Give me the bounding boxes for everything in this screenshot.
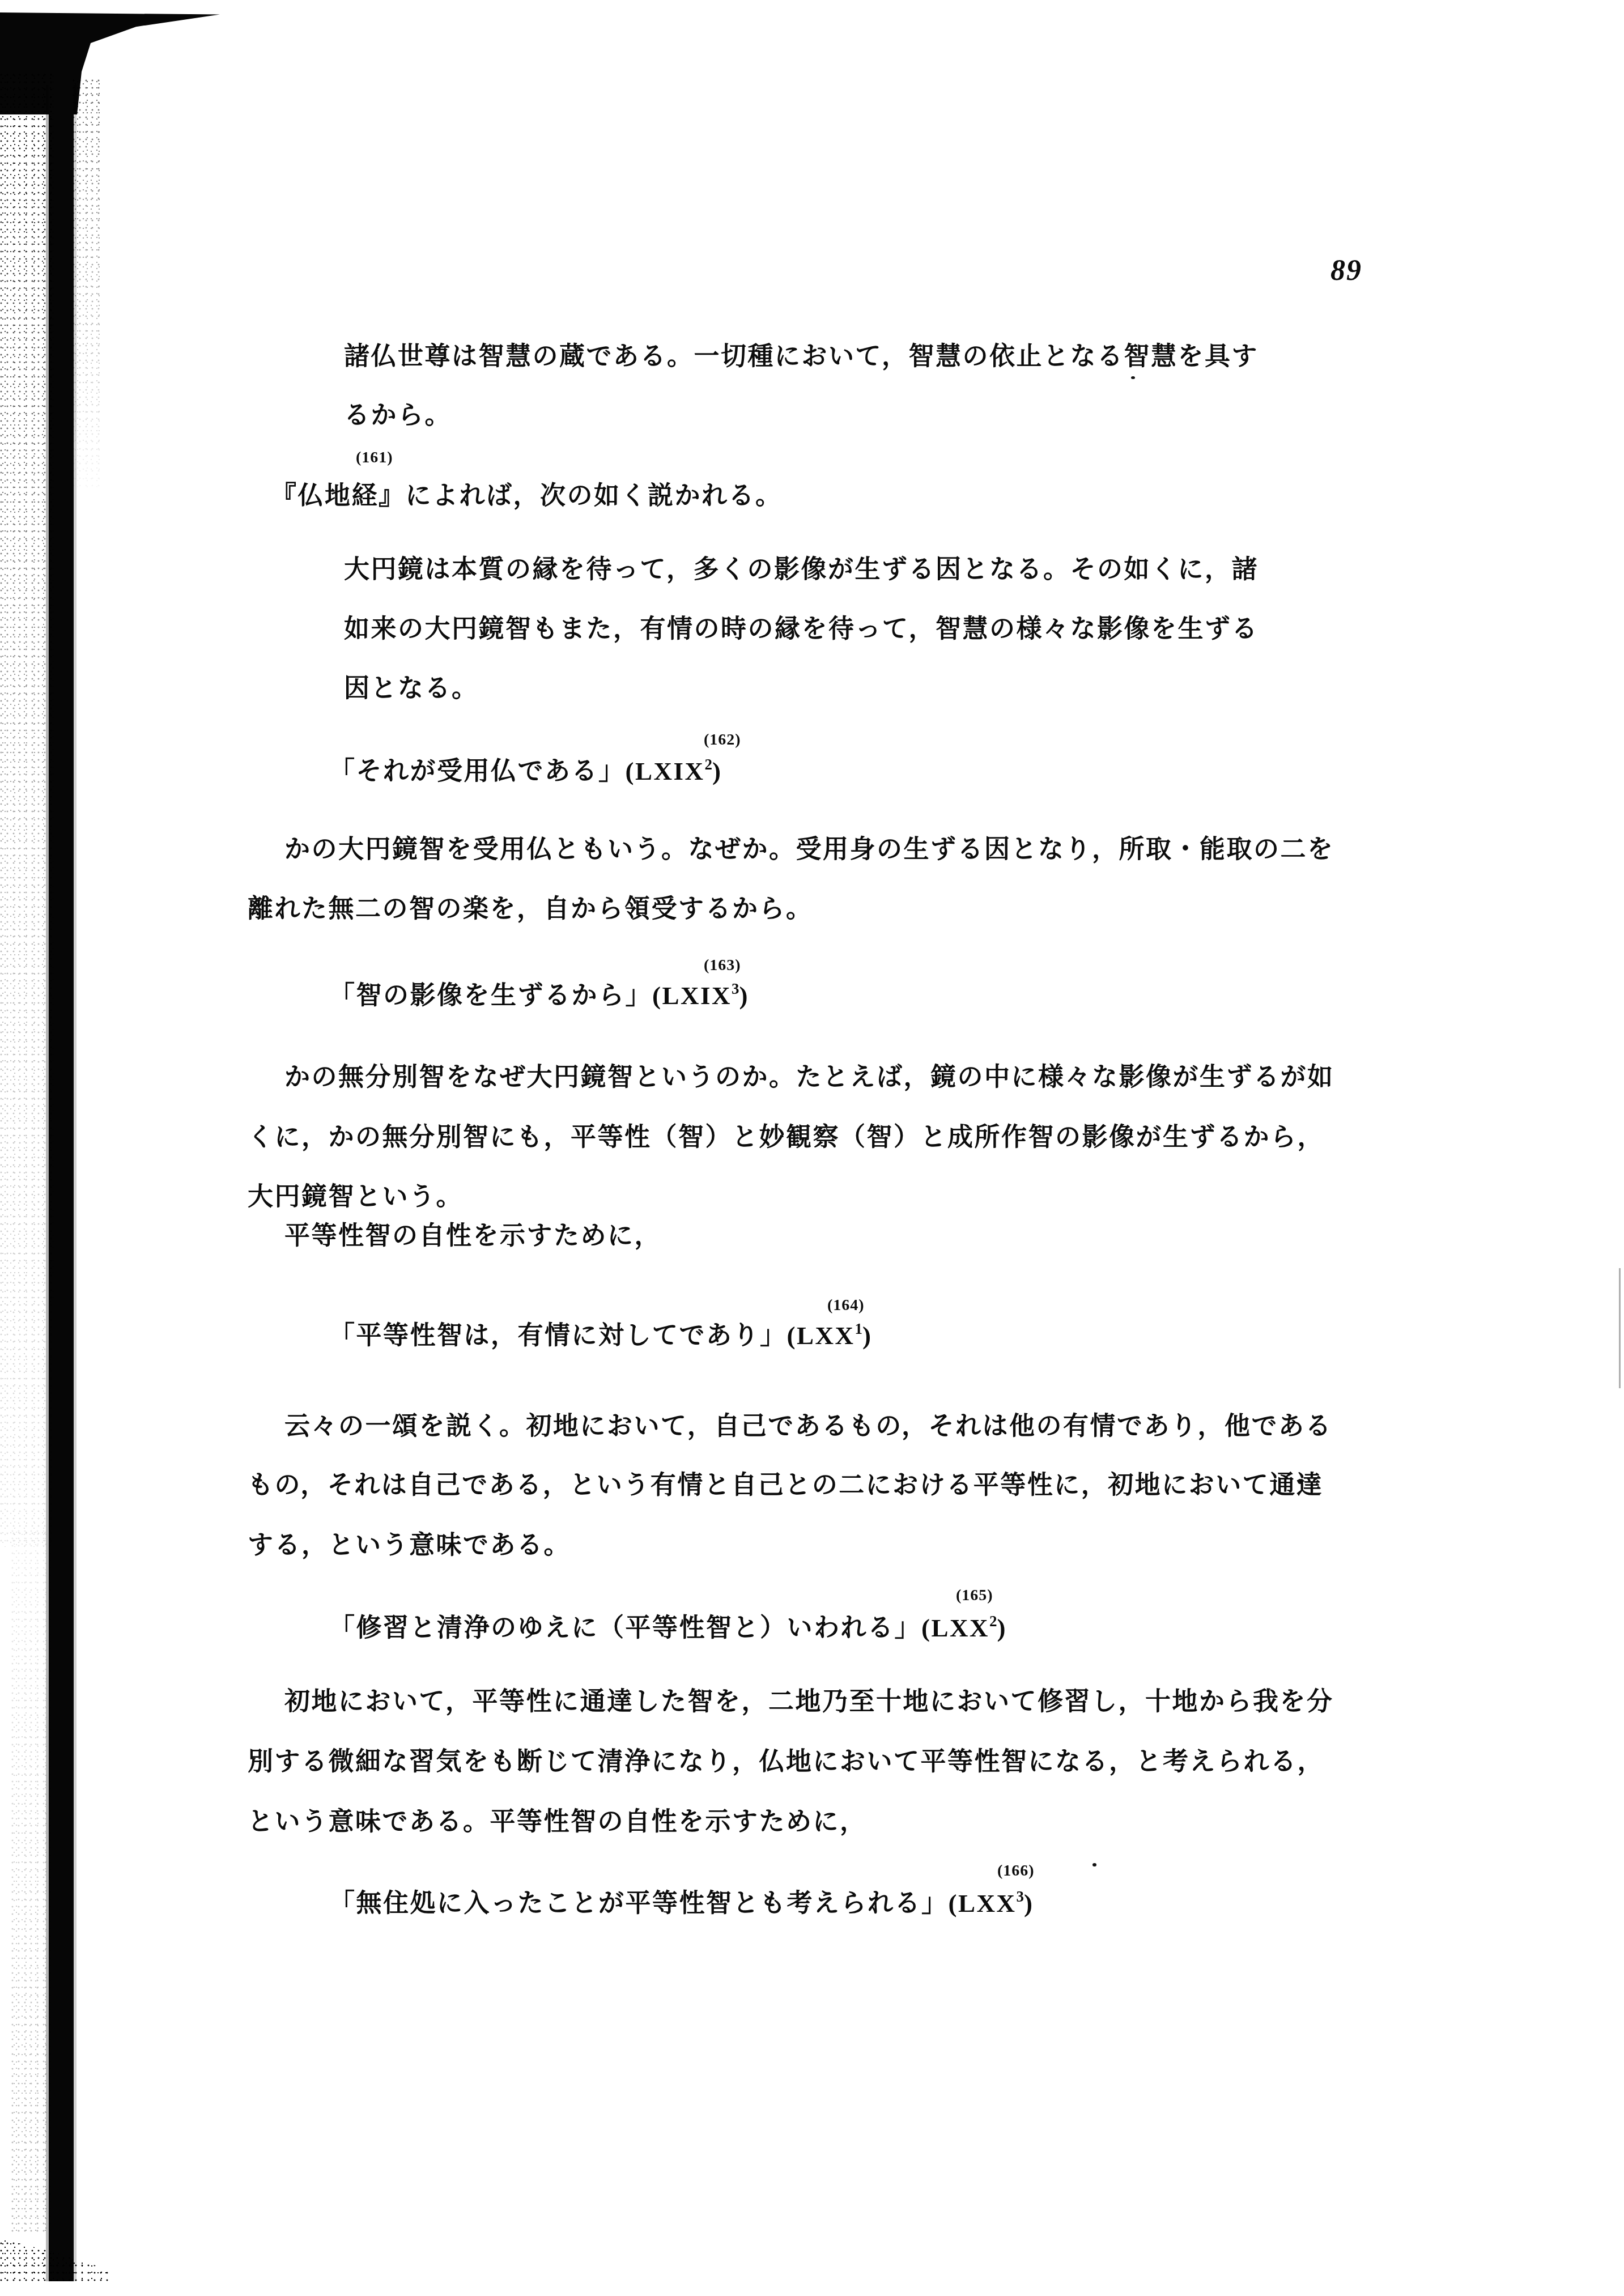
footnote-number: (166) bbox=[997, 1862, 1035, 1880]
quote-line: 如来の大円鏡智もまた，有情の時の縁を待って，智慧の様々な影像を生ずる bbox=[344, 613, 1259, 645]
citation-ref: LXX bbox=[797, 1321, 855, 1350]
body-line: もの，それは自己である，という有情と自己との二における平等性に，初地において通達 bbox=[248, 1469, 1323, 1502]
citation-line: 「それが受用仏である」(LXIX2) bbox=[329, 755, 722, 791]
quote-line: 大円鏡は本質の縁を待って，多くの影像が生ずる因となる。その如くに，諸 bbox=[344, 553, 1259, 586]
document-page: 89 諸仏世尊は智慧の蔵である。一切種において，智慧の依止となる智慧を具す るか… bbox=[0, 0, 1624, 2296]
citation-ref: LXX bbox=[932, 1614, 990, 1642]
scanned-page: { "page": { "number": "89" }, "colors": … bbox=[0, 0, 1624, 2296]
citation-line: 「平等性智は，有情に対してであり」(LXX1) bbox=[329, 1319, 873, 1355]
quote-line: 因となる。 bbox=[344, 672, 479, 705]
citation-verse-number: 3 bbox=[1017, 1888, 1024, 1905]
footnote-number: (162) bbox=[704, 731, 741, 749]
scan-speck bbox=[1092, 1863, 1096, 1866]
body-line: する，という意味である。 bbox=[248, 1529, 571, 1562]
body-line: という意味である。平等性智の自性を示すために， bbox=[248, 1805, 867, 1838]
footnote-number: (161) bbox=[356, 449, 393, 467]
citation-text: 「それが受用仏である」( bbox=[329, 757, 635, 785]
citation-verse-number: 3 bbox=[732, 980, 739, 997]
quote-line: 諸仏世尊は智慧の蔵である。一切種において，智慧の依止となる智慧を具す bbox=[344, 340, 1259, 373]
citation-text: 「無住処に入ったことが平等性智とも考えられる」( bbox=[329, 1889, 958, 1917]
citation-text: 「修習と清浄のゆえに（平等性智と）いわれる」( bbox=[329, 1614, 932, 1642]
scan-noise-lower bbox=[11, 1530, 52, 2233]
page-number: 89 bbox=[1330, 254, 1362, 287]
citation-close: ) bbox=[862, 1321, 873, 1350]
citation-close: ) bbox=[739, 981, 750, 1010]
citation-line: 「無住処に入ったことが平等性智とも考えられる」(LXX3) bbox=[329, 1887, 1034, 1923]
footnote-number: (163) bbox=[704, 956, 741, 975]
citation-close: ) bbox=[997, 1614, 1007, 1642]
quote-line: るから。 bbox=[344, 399, 452, 432]
body-line: くに，かの無分別智にも，平等性（智）と妙観察（智）と成所作智の影像が生ずるから， bbox=[248, 1121, 1324, 1154]
citation-close: ) bbox=[1024, 1889, 1034, 1917]
citation-text: 「平等性智は，有情に対してであり」( bbox=[329, 1321, 797, 1350]
citation-verse-number: 1 bbox=[855, 1320, 863, 1337]
body-line: かの大円鏡智を受用仏ともいう。なぜか。受用身の生ずる因となり，所取・能取の二を bbox=[284, 833, 1334, 866]
body-line: 大円鏡智という。 bbox=[248, 1180, 463, 1213]
scan-noise-right bbox=[73, 79, 100, 487]
footnote-number: (164) bbox=[827, 1296, 865, 1315]
body-line: 別する微細な習気をも断じて清浄になり，仏地において平等性智になる，と考えられる， bbox=[248, 1745, 1324, 1778]
citation-line: 「修習と清浄のゆえに（平等性智と）いわれる」(LXX2) bbox=[329, 1612, 1007, 1648]
citation-verse-number: 2 bbox=[989, 1613, 997, 1630]
scan-noise-left bbox=[0, 74, 53, 1547]
scan-edge-line bbox=[1619, 1268, 1621, 1388]
footnote-number: (165) bbox=[956, 1587, 993, 1605]
citation-ref: LXX bbox=[958, 1889, 1017, 1917]
citation-ref: LXIX bbox=[635, 757, 705, 785]
citation-verse-number: 2 bbox=[705, 756, 713, 773]
citation-ref: LXIX bbox=[662, 981, 732, 1010]
citation-line: 「智の影像を生ずるから」(LXIX3) bbox=[329, 979, 749, 1015]
body-line: かの無分別智をなぜ大円鏡智というのか。たとえば，鏡の中に様々な影像が生ずるが如 bbox=[284, 1061, 1334, 1094]
body-line: 云々の一頌を説く。初地において，自己であるもの，それは他の有情であり，他である bbox=[284, 1410, 1332, 1443]
body-line: 初地において，平等性に通達した智を，二地乃至十地において修習し，十地から我を分 bbox=[284, 1685, 1334, 1718]
body-line: 平等性智の自性を示すために， bbox=[284, 1219, 661, 1252]
scan-speck bbox=[1131, 376, 1135, 379]
citation-close: ) bbox=[712, 757, 722, 785]
citation-text: 「智の影像を生ずるから」( bbox=[329, 981, 662, 1010]
body-line: 離れた無二の智の楽を，自から領受するから。 bbox=[248, 892, 813, 925]
body-line: 『仏地経』によれば，次の如く説かれる。 bbox=[271, 479, 783, 512]
